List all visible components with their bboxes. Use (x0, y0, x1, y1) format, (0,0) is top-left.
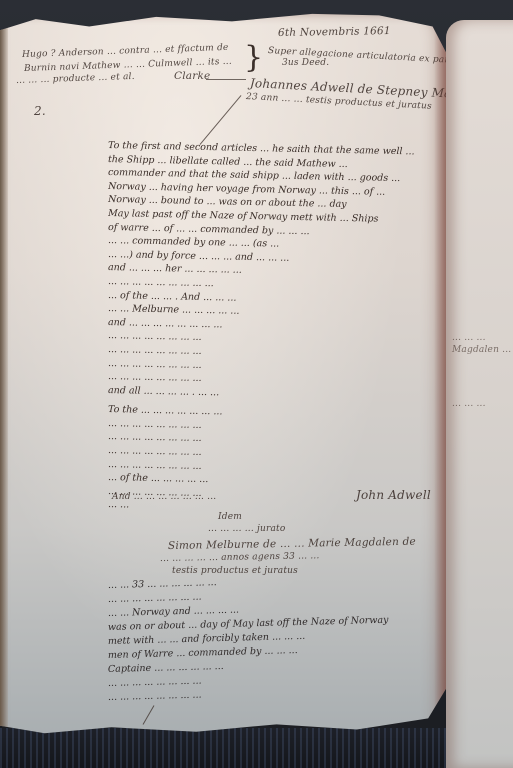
deponent2-place: ... ... ... ... ... annos agens 33 ... .… (160, 551, 320, 564)
article-mark: 2. (34, 104, 46, 118)
idem-mark: Idem (218, 512, 242, 522)
party-name: Clarke (174, 70, 210, 82)
pen-stroke (143, 705, 155, 725)
left-page: 6th Novembris 1661 Super allegacione art… (0, 8, 446, 748)
photo-scene: ... ... ... Magdalen ... ... ... ... 6th… (0, 0, 513, 768)
brace-icon: } (244, 40, 263, 75)
right-margin-note-3: ... ... ... (452, 399, 486, 409)
deponent2-name: Simon Melburne de ... ... Marie Magdalen… (168, 536, 416, 552)
date-heading: 6th Novembris 1661 (278, 25, 391, 39)
pen-flourish (200, 95, 242, 145)
case-heading-line2: 3us Deed. (282, 58, 329, 68)
right-margin-note-1: ... ... ... (452, 333, 486, 343)
background-cloth (0, 728, 513, 768)
right-page: ... ... ... Magdalen ... ... ... ... (446, 20, 513, 768)
closing-line: And ... ... ... ... ... ... ... (112, 492, 216, 502)
signature: John Adwell (356, 488, 431, 502)
deponent2-repeat: ... ... ... ... jurato (208, 524, 285, 534)
margin-note-line3: ... ... ... producte ... et al. (16, 72, 135, 86)
deposition1-body: To the first and second articles ... he … (108, 140, 438, 513)
margin-rule (206, 79, 246, 80)
right-margin-note-2: Magdalen ... (452, 345, 511, 355)
deposition2-body: ... ... 33 ... ... ... ... ... ... ... .… (108, 580, 438, 706)
